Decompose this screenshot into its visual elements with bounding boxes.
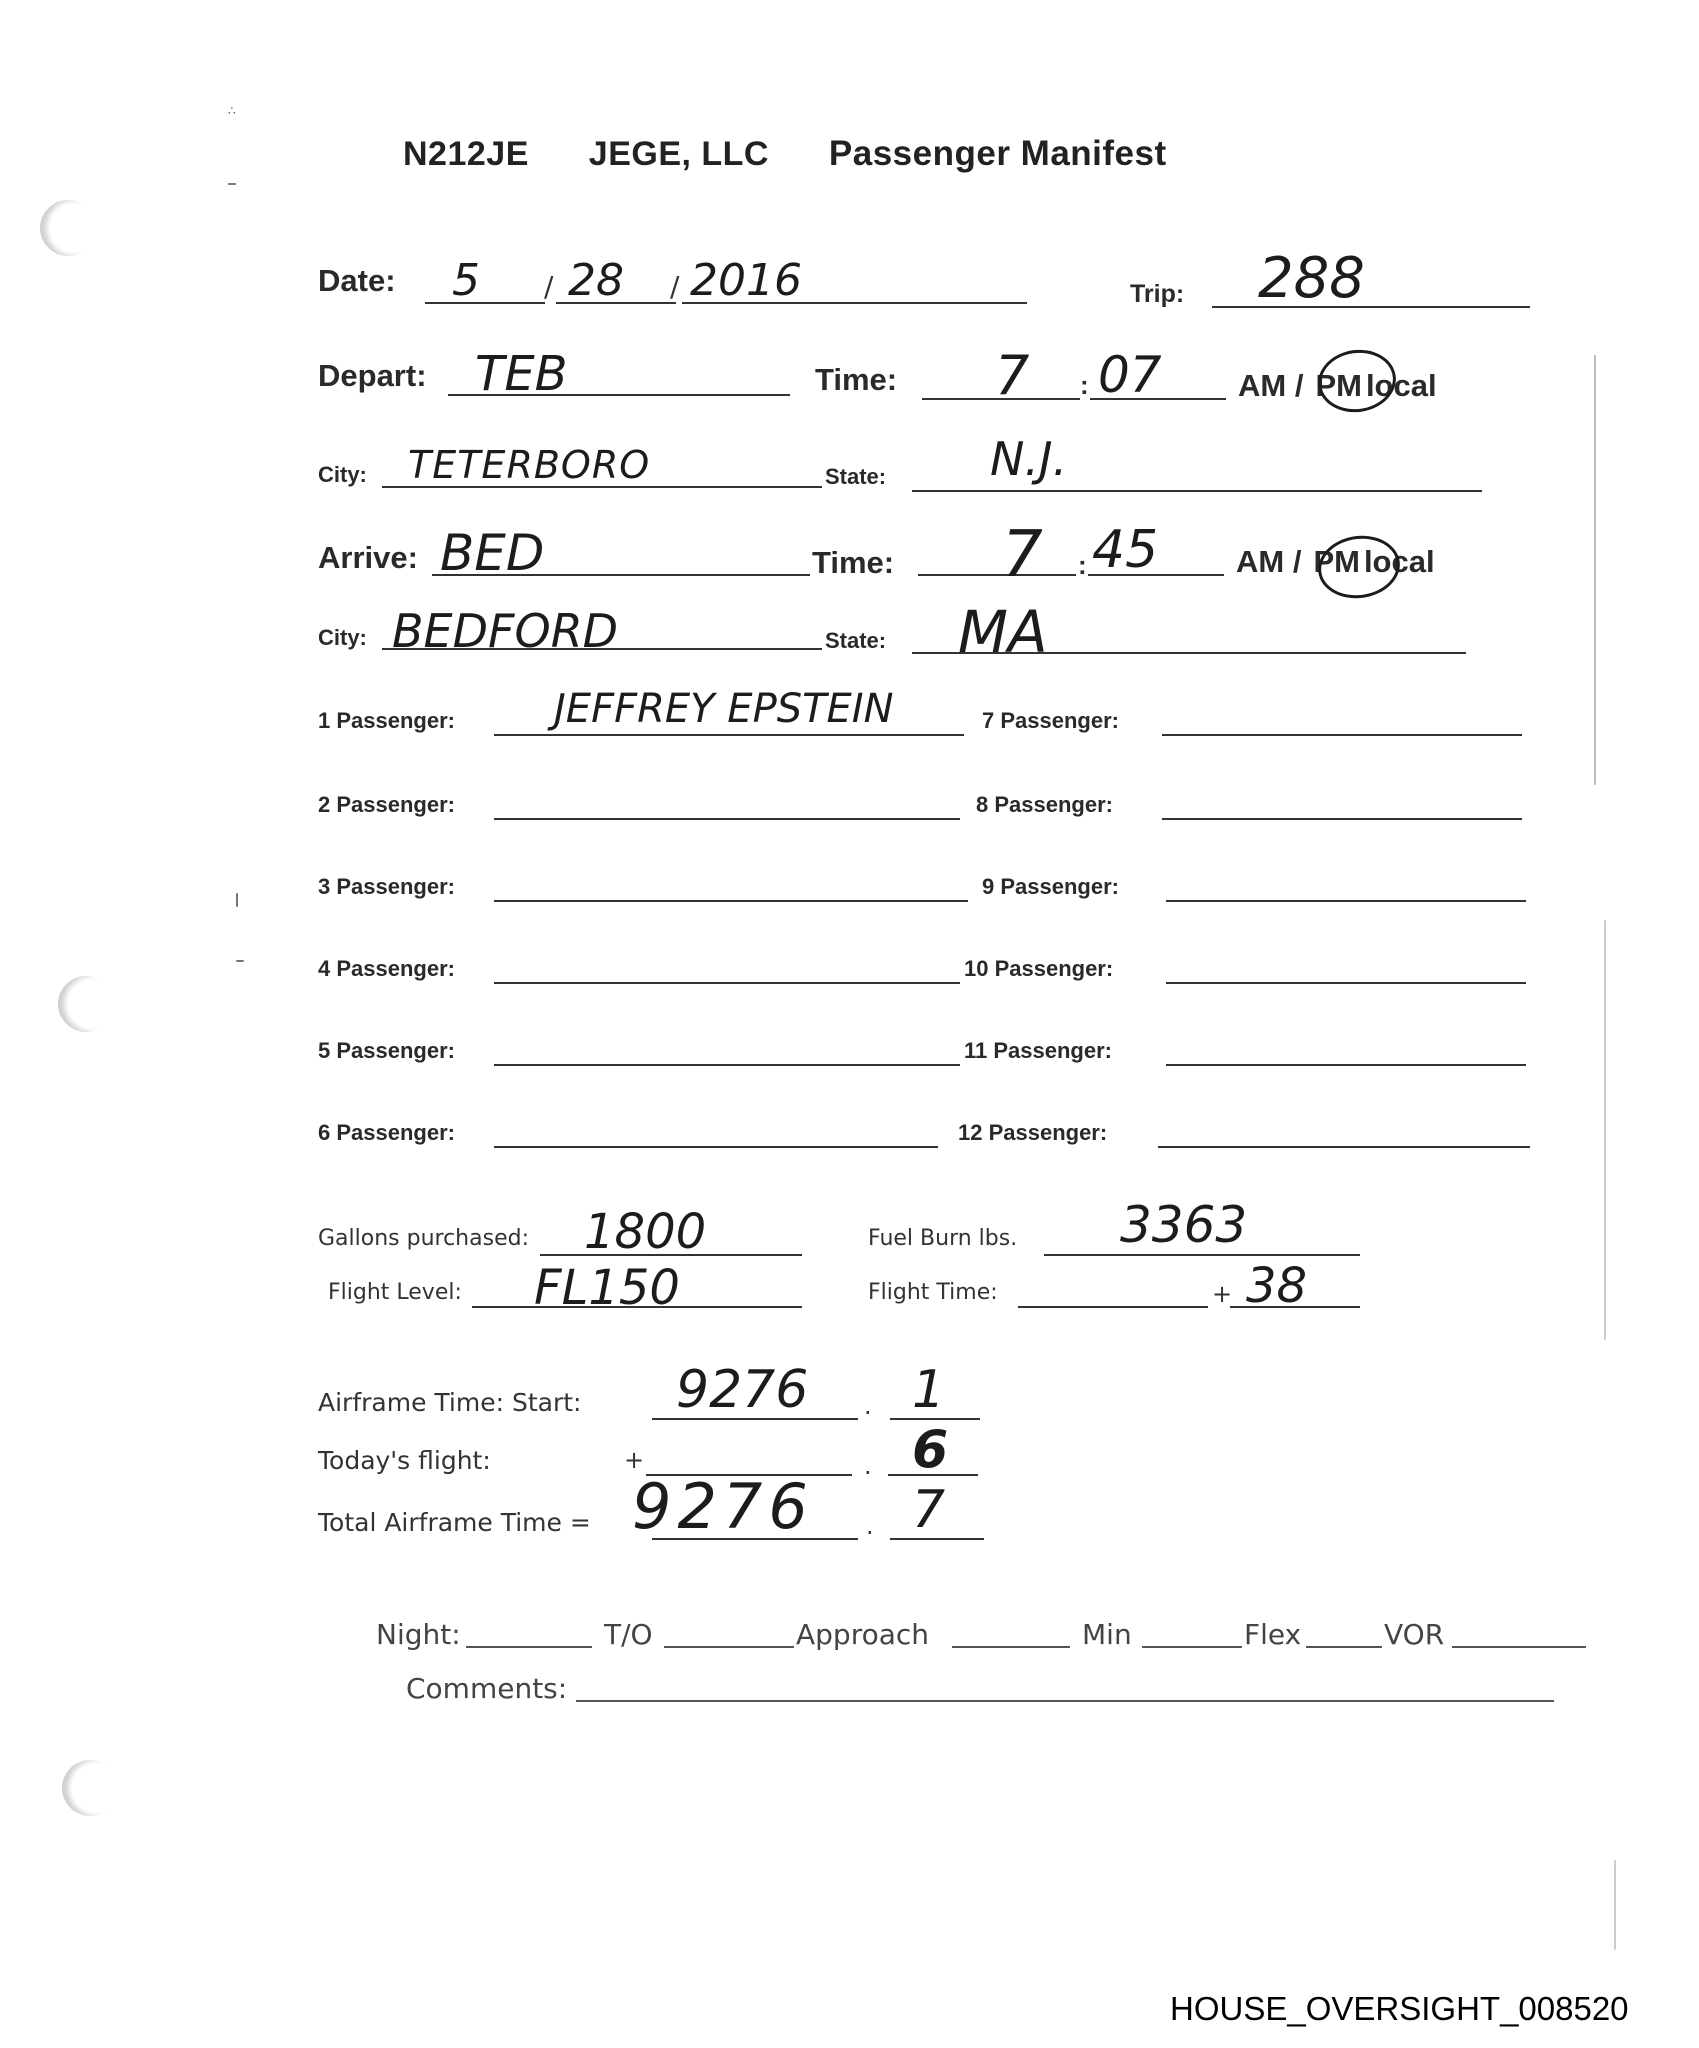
arrive-state-value: MA (958, 598, 1048, 666)
page-edge (1594, 355, 1596, 785)
tail-number: N212JE (403, 135, 529, 173)
night-field[interactable] (466, 1646, 592, 1648)
passenger-label: 11 Passenger: (964, 1038, 1112, 1064)
fuel-burn-field[interactable] (1044, 1254, 1360, 1256)
flight-level-value: FL150 (534, 1260, 680, 1316)
passenger-name-field[interactable] (494, 734, 964, 736)
night-label: Night: (376, 1618, 461, 1651)
pm-selected-circle (1314, 531, 1404, 604)
passenger-name-field[interactable] (1166, 982, 1526, 984)
passenger-label: 9 Passenger: (982, 874, 1119, 900)
arrive-city-label: City: (318, 625, 367, 651)
bates-number: HOUSE_OVERSIGHT_008520 (1170, 1990, 1629, 2028)
date-month-value: 5 (452, 255, 480, 306)
today-flight-label: Today's flight: (318, 1446, 491, 1475)
speck (228, 183, 236, 185)
passenger-label: 2 Passenger: (318, 792, 455, 818)
flight-time-label: Flight Time: (868, 1280, 998, 1305)
document-title: Passenger Manifest (829, 134, 1167, 173)
fuel-burn-value: 3363 (1120, 1196, 1247, 1254)
depart-city-value: TETERBORO (408, 443, 650, 487)
passenger-label: 6 Passenger: (318, 1120, 455, 1146)
am-option[interactable]: AM / (1238, 368, 1303, 403)
depart-city-label: City: (318, 462, 367, 488)
flex-label: Flex (1244, 1618, 1301, 1651)
arrive-city-value: BEDFORD (392, 604, 618, 658)
arrive-label: Arrive: (318, 540, 418, 576)
passenger-name-field[interactable] (1166, 1064, 1526, 1066)
date-month-field[interactable] (425, 302, 545, 304)
date-year-value: 2016 (690, 255, 802, 306)
page-edge (1604, 920, 1606, 1340)
date-extra-line (827, 302, 1027, 304)
speck (236, 960, 244, 962)
passenger-name-field[interactable] (1162, 818, 1522, 820)
passenger-name-field[interactable] (1166, 900, 1526, 902)
arrive-hour-field[interactable] (918, 574, 1076, 576)
flight-time-hours-field[interactable] (1018, 1306, 1208, 1308)
passenger-label: 12 Passenger: (958, 1120, 1107, 1146)
approach-field[interactable] (952, 1646, 1070, 1648)
passenger-name-field[interactable] (494, 1146, 938, 1148)
depart-state-value: N.J. (990, 432, 1067, 486)
passenger-label: 10 Passenger: (964, 956, 1113, 982)
passenger-label: 7 Passenger: (982, 708, 1119, 734)
flight-level-label: Flight Level: (328, 1280, 462, 1305)
binder-hole (40, 200, 96, 256)
date-label: Date: (318, 263, 396, 299)
passenger-name-field[interactable] (494, 900, 968, 902)
flight-time-prefix: + (1212, 1280, 1232, 1308)
arrive-hour-value: 7 (1002, 518, 1043, 592)
fuel-burn-label: Fuel Burn lbs. (868, 1226, 1017, 1251)
passenger-name-field[interactable] (1158, 1146, 1530, 1148)
passenger-label: 4 Passenger: (318, 956, 455, 982)
min-label: Min (1082, 1618, 1132, 1651)
arrive-time-label: Time: (812, 545, 894, 581)
binder-hole (58, 976, 114, 1032)
depart-minute-value: 07 (1098, 346, 1162, 404)
depart-state-field[interactable] (912, 490, 1482, 492)
passenger-label: 8 Passenger: (976, 792, 1113, 818)
date-day-value: 28 (568, 255, 624, 306)
today-tenth-value: 6 (912, 1420, 948, 1480)
to-field[interactable] (664, 1646, 794, 1648)
stamp-mark: ∴ (228, 104, 244, 122)
total-tenth-value: 7 (912, 1480, 945, 1540)
depart-label: Depart: (318, 358, 427, 394)
gallons-value: 1800 (584, 1204, 706, 1260)
to-label: T/O (604, 1618, 653, 1651)
total-airframe-label: Total Airframe Time = (318, 1508, 591, 1537)
binder-hole (62, 1760, 118, 1816)
gallons-label: Gallons purchased: (318, 1226, 529, 1251)
passenger-label: 1 Passenger: (318, 708, 455, 734)
arrive-minute-value: 45 (1092, 520, 1158, 580)
passenger-name-field[interactable] (494, 982, 960, 984)
pm-selected-circle (1314, 345, 1400, 417)
airframe-start-tenth-value: 1 (912, 1360, 945, 1420)
depart-time-label: Time: (815, 362, 897, 398)
passenger-name-value: JEFFREY EPSTEIN (554, 686, 894, 732)
passenger-label: 5 Passenger: (318, 1038, 455, 1064)
header-title: N212JE JEGE, LLC Passenger Manifest (403, 134, 1167, 174)
depart-state-label: State: (825, 464, 886, 490)
speck (236, 893, 238, 907)
passenger-name-field[interactable] (494, 818, 960, 820)
arrive-airport-value: BED (440, 524, 544, 582)
trip-value: 288 (1258, 246, 1365, 311)
comments-label: Comments: (406, 1672, 567, 1705)
min-field[interactable] (1142, 1646, 1242, 1648)
approach-label: Approach (796, 1618, 929, 1651)
company-name: JEGE, LLC (589, 135, 769, 173)
vor-label: VOR (1384, 1618, 1444, 1651)
passenger-label: 3 Passenger: (318, 874, 455, 900)
passenger-name-field[interactable] (494, 1064, 960, 1066)
flex-field[interactable] (1306, 1646, 1382, 1648)
flight-time-value: 38 (1246, 1258, 1307, 1314)
am-option[interactable]: AM / (1236, 544, 1301, 579)
passenger-name-field[interactable] (1162, 734, 1522, 736)
total-whole-value: 9276 (632, 1470, 814, 1543)
airframe-start-label: Airframe Time: Start: (318, 1388, 581, 1417)
trip-label: Trip: (1130, 280, 1184, 309)
arrive-state-label: State: (825, 628, 886, 654)
vor-field[interactable] (1452, 1646, 1586, 1648)
page-edge (1614, 1860, 1616, 1950)
comments-field[interactable] (576, 1700, 1554, 1702)
depart-airport-value: TEB (475, 346, 568, 402)
airframe-start-whole-value: 9276 (676, 1360, 808, 1420)
depart-hour-value: 7 (995, 344, 1029, 407)
